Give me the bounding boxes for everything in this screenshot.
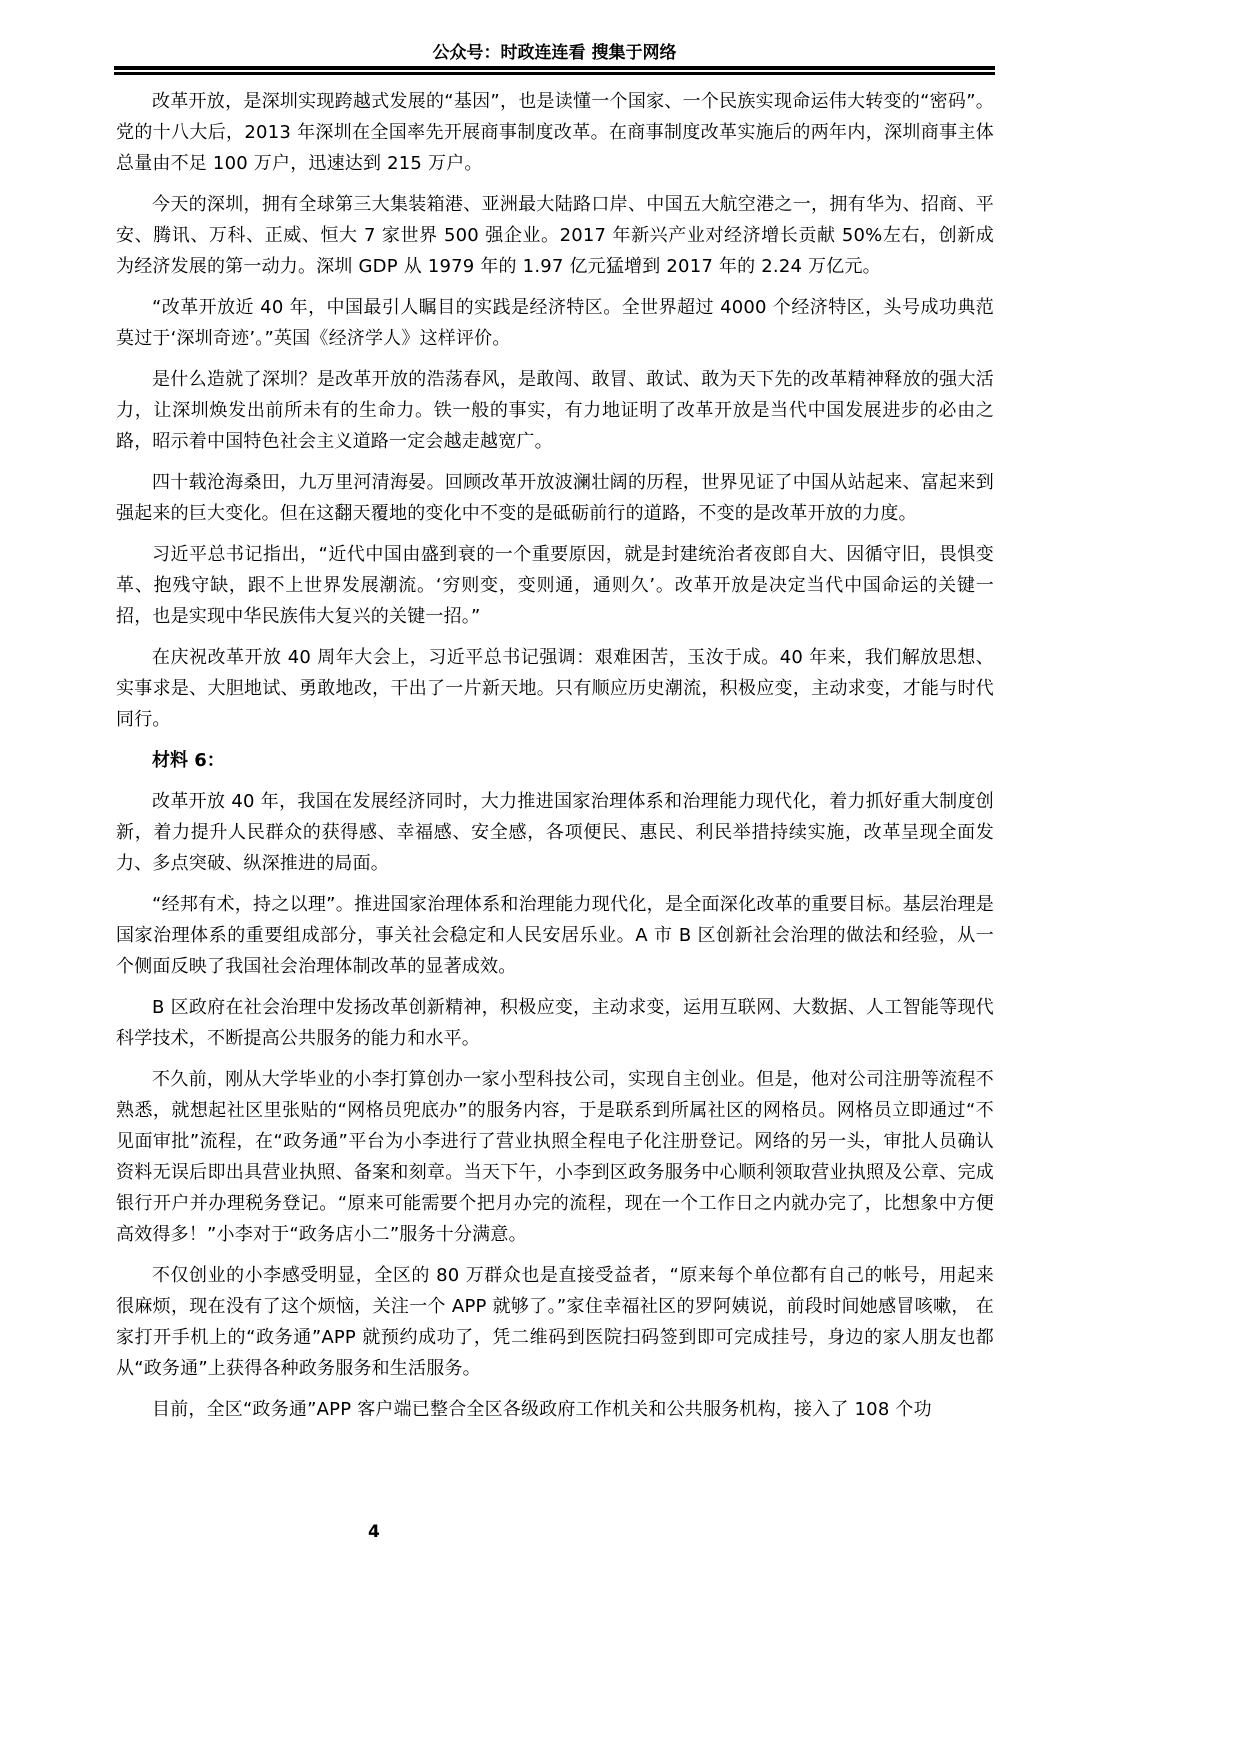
section-heading-material-6: 材料 6： xyxy=(116,745,994,776)
paragraph: 目前，全区“政务通”APP 客户端已整合全区各级政府工作机关和公共服务机构，接入… xyxy=(116,1394,994,1425)
page-number: 4 xyxy=(368,1522,380,1542)
header-rule-thin xyxy=(114,72,995,75)
paragraph: “经邦有术，持之以理”。推进国家治理体系和治理能力现代化，是全面深化改革的重要目… xyxy=(116,889,994,982)
paragraph: 是什么造就了深圳？是改革开放的浩荡春风，是敢闯、敢冒、敢试、敢为天下先的改革精神… xyxy=(116,364,994,457)
paragraph: “改革开放近 40 年，中国最引人瞩目的实践是经济特区。全世界超过 4000 个… xyxy=(116,292,994,354)
paragraph: 在庆祝改革开放 40 周年大会上，习近平总书记强调：艰难困苦，玉汝于成。40 年… xyxy=(116,642,994,735)
paragraph: B 区政府在社会治理中发扬改革创新精神，积极应变，主动求变，运用互联网、大数据、… xyxy=(116,992,994,1054)
paragraph: 今天的深圳，拥有全球第三大集装箱港、亚洲最大陆路口岸、中国五大航空港之一，拥有华… xyxy=(116,189,994,282)
page-header-title: 公众号：时政连连看 搜集于网络 xyxy=(114,38,995,63)
paragraph: 改革开放 40 年，我国在发展经济同时，大力推进国家治理体系和治理能力现代化，着… xyxy=(116,786,994,879)
header-rule-thick xyxy=(114,66,995,70)
paragraph: 改革开放，是深圳实现跨越式发展的“基因”，也是读懂一个国家、一个民族实现命运伟大… xyxy=(116,86,994,179)
paragraph: 不久前，刚从大学毕业的小李打算创办一家小型科技公司，实现自主创业。但是，他对公司… xyxy=(116,1064,994,1250)
paragraph: 习近平总书记指出，“近代中国由盛到衰的一个重要原因，就是封建统治者夜郎自大、因循… xyxy=(116,539,994,632)
paragraph: 不仅创业的小李感受明显，全区的 80 万群众也是直接受益者，“原来每个单位都有自… xyxy=(116,1260,994,1384)
document-body: 改革开放，是深圳实现跨越式发展的“基因”，也是读懂一个国家、一个民族实现命运伟大… xyxy=(116,86,994,1435)
paragraph: 四十载沧海桑田，九万里河清海晏。回顾改革开放波澜壮阔的历程，世界见证了中国从站起… xyxy=(116,467,994,529)
